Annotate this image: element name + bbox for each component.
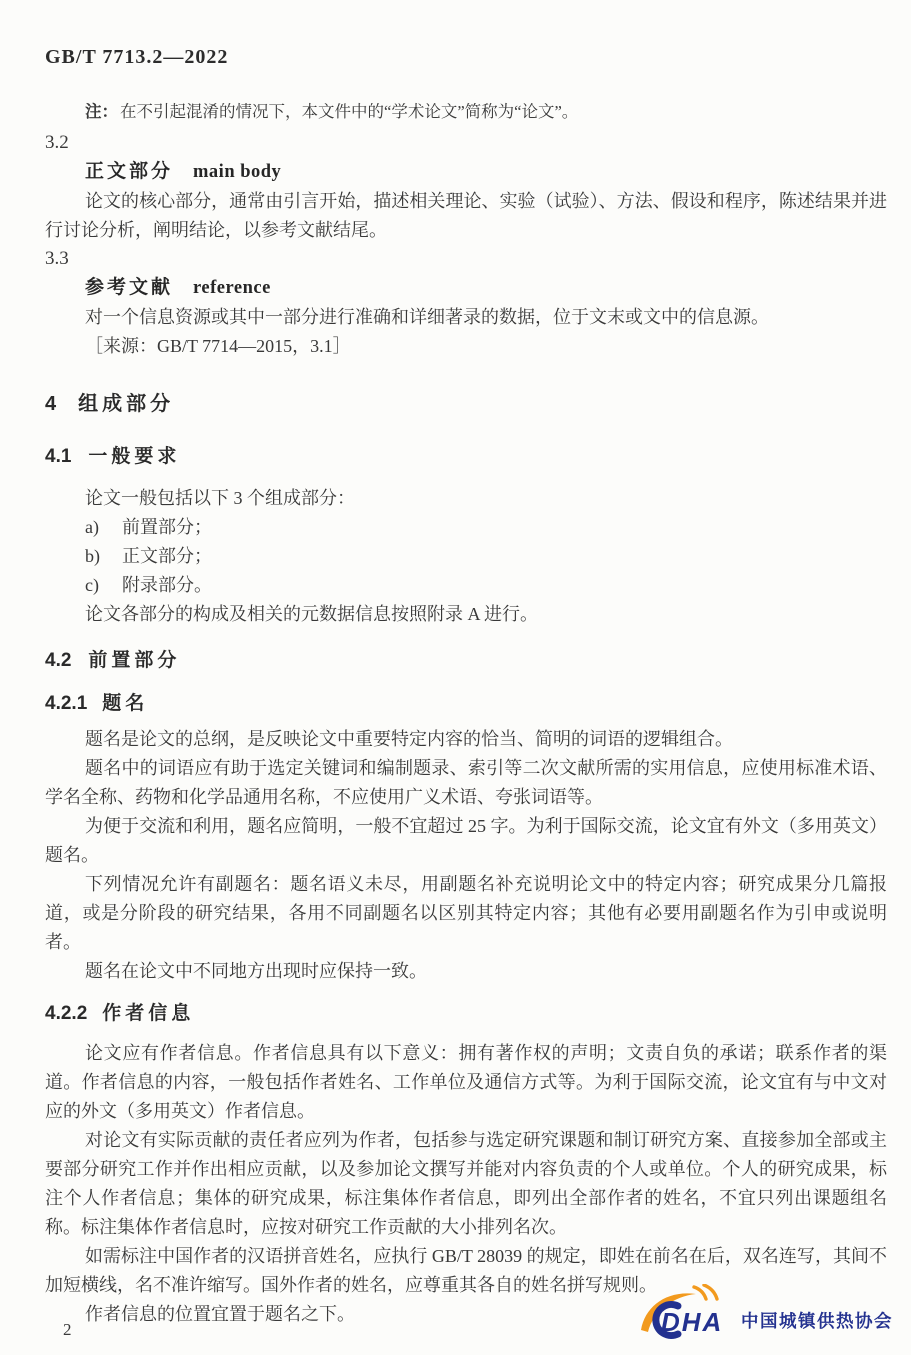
note-text: 在不引起混淆的情况下，本文件中的“学术论文”简称为“论文”。 bbox=[120, 102, 578, 121]
term-heading-reference: 参考文献reference bbox=[45, 273, 887, 303]
section-title: 一般要求 bbox=[88, 446, 180, 467]
paragraph: 题名中的词语应有助于选定关键词和编制题录、索引等二次文献所需的实用信息，应使用标… bbox=[45, 754, 887, 812]
note-line: 注：在不引起混淆的情况下，本文件中的“学术论文”简称为“论文”。 bbox=[45, 100, 887, 124]
section-title: 作者信息 bbox=[102, 1003, 194, 1024]
section-4-2-heading: 4.2前置部分 bbox=[45, 646, 887, 676]
logo-acronym: DHA bbox=[661, 1307, 723, 1337]
list-marker: b) bbox=[85, 542, 122, 571]
source-citation: ［来源：GB/T 7714—2015，3.1］ bbox=[45, 332, 887, 361]
paragraph: 下列情况允许有副题名：题名语义未尽，用副题名补充说明论文中的特定内容；研究成果分… bbox=[45, 870, 887, 957]
standard-code: GB/T 7713.2—2022 bbox=[45, 44, 887, 70]
term-heading-main-body: 正文部分main body bbox=[45, 157, 887, 187]
logo-org-name: 中国城镇供热协会 bbox=[741, 1313, 893, 1343]
list-marker: c) bbox=[85, 571, 122, 600]
section-number: 4.1 bbox=[45, 446, 71, 467]
list-item-b: b)正文部分； bbox=[45, 542, 887, 571]
clause-number-3-2: 3.2 bbox=[45, 129, 887, 157]
association-logo: DHA 中国城镇供热协会 bbox=[636, 1284, 893, 1342]
section-number: 4.2 bbox=[45, 650, 71, 671]
term-zh-label: 参考文献 bbox=[85, 277, 173, 298]
paragraph: 论文应有作者信息。作者信息具有以下意义：拥有著作权的声明；文责自负的承诺；联系作… bbox=[45, 1039, 887, 1126]
list-item-c: c)附录部分。 bbox=[45, 571, 887, 600]
section-4-1-outro: 论文各部分的构成及相关的元数据信息按照附录 A 进行。 bbox=[45, 600, 887, 629]
section-4-1-heading: 4.1一般要求 bbox=[45, 442, 887, 472]
list-text: 正文部分； bbox=[122, 546, 212, 566]
section-title: 前置部分 bbox=[88, 650, 180, 671]
heating-association-logo-mark: DHA bbox=[636, 1284, 732, 1342]
section-number: 4 bbox=[45, 393, 56, 415]
list-text: 附录部分。 bbox=[122, 575, 212, 595]
section-number: 4.2.2 bbox=[45, 1003, 87, 1024]
term-definition-main-body: 论文的核心部分，通常由引言开始，描述相关理论、实验（试验）、方法、假设和程序，陈… bbox=[45, 187, 887, 245]
term-en-label: reference bbox=[193, 278, 271, 298]
paragraph: 为便于交流和利用，题名应简明，一般不宜超过 25 字。为利于国际交流，论文宜有外… bbox=[45, 812, 887, 870]
paragraph: 题名是论文的总纲，是反映论文中重要特定内容的恰当、简明的词语的逻辑组合。 bbox=[45, 725, 887, 754]
logo-wave-arc bbox=[694, 1287, 706, 1299]
paragraph: 对论文有实际贡献的责任者应列为作者，包括参与选定研究课题和制订研究方案、直接参加… bbox=[45, 1126, 887, 1242]
term-en-label: main body bbox=[193, 162, 281, 182]
section-title: 组成部分 bbox=[78, 393, 174, 415]
clause-number-3-3: 3.3 bbox=[45, 245, 887, 273]
section-4-2-1-heading: 4.2.1题名 bbox=[45, 689, 887, 719]
document-page: GB/T 7713.2—2022 注：在不引起混淆的情况下，本文件中的“学术论文… bbox=[0, 0, 911, 1355]
section-4-1-intro: 论文一般包括以下 3 个组成部分： bbox=[45, 484, 887, 513]
list-text: 前置部分； bbox=[122, 517, 212, 537]
paragraph: 题名在论文中不同地方出现时应保持一致。 bbox=[45, 957, 887, 986]
term-zh-label: 正文部分 bbox=[85, 161, 173, 182]
page-number: 2 bbox=[63, 1320, 72, 1340]
section-4-heading: 4组成部分 bbox=[45, 389, 887, 419]
list-marker: a) bbox=[85, 513, 122, 542]
note-label: 注： bbox=[85, 103, 118, 121]
term-definition-reference: 对一个信息资源或其中一部分进行准确和详细著录的数据，位于文末或文中的信息源。 bbox=[45, 303, 887, 332]
section-number: 4.2.1 bbox=[45, 693, 87, 714]
section-4-2-2-heading: 4.2.2作者信息 bbox=[45, 999, 887, 1029]
list-item-a: a)前置部分； bbox=[45, 513, 887, 542]
section-title: 题名 bbox=[102, 693, 148, 714]
